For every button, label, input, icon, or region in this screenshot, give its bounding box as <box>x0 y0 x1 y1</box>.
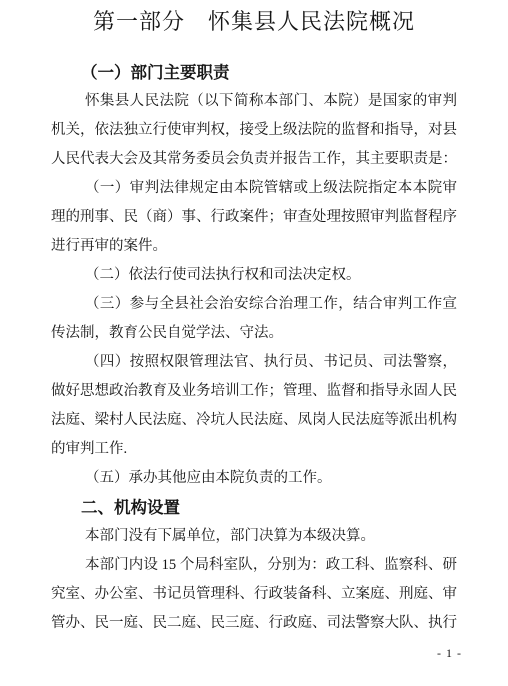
document-title: 第一部分 怀集县人民法院概况 <box>0 0 508 38</box>
paragraph-duty-2: （二）依法行使司法执行权和司法决定权。 <box>51 261 457 290</box>
paragraph-duty-3: （三）参与全县社会治安综合治理工作，结合审判工作宣传法制，教育公民自觉学法、守法… <box>51 290 457 348</box>
paragraph-org-1: 本部门没有下属单位，部门决算为本级决算。 <box>51 522 457 551</box>
document-body: （一）部门主要职责 怀集县人民法院（以下简称本部门、本院）是国家的审判机关，依法… <box>51 58 457 638</box>
paragraph-duty-1: （一）审判法律规定由本院管辖或上级法院指定本本院审理的刑事、民（商）事、行政案件… <box>51 174 457 261</box>
paragraph-duty-5: （五）承办其他应由本院负责的工作。 <box>51 464 457 493</box>
section-heading-main-duties: （一）部门主要职责 <box>51 58 457 87</box>
page-number: - 1 - <box>437 646 462 660</box>
paragraph-org-2: 本部门内设 15 个局科室队，分别为：政工科、监察科、研究室、办公室、书记员管理… <box>51 551 457 638</box>
document-page: 第一部分 怀集县人民法院概况 （一）部门主要职责 怀集县人民法院（以下简称本部门… <box>0 0 508 686</box>
paragraph-duty-4: （四）按照权限管理法官、执行员、书记员、司法警察，做好思想政治教育及业务培训工作… <box>51 348 457 464</box>
paragraph-intro: 怀集县人民法院（以下简称本部门、本院）是国家的审判机关，依法独立行使审判权，接受… <box>51 87 457 174</box>
section-heading-org-setup: 二、机构设置 <box>51 493 457 522</box>
